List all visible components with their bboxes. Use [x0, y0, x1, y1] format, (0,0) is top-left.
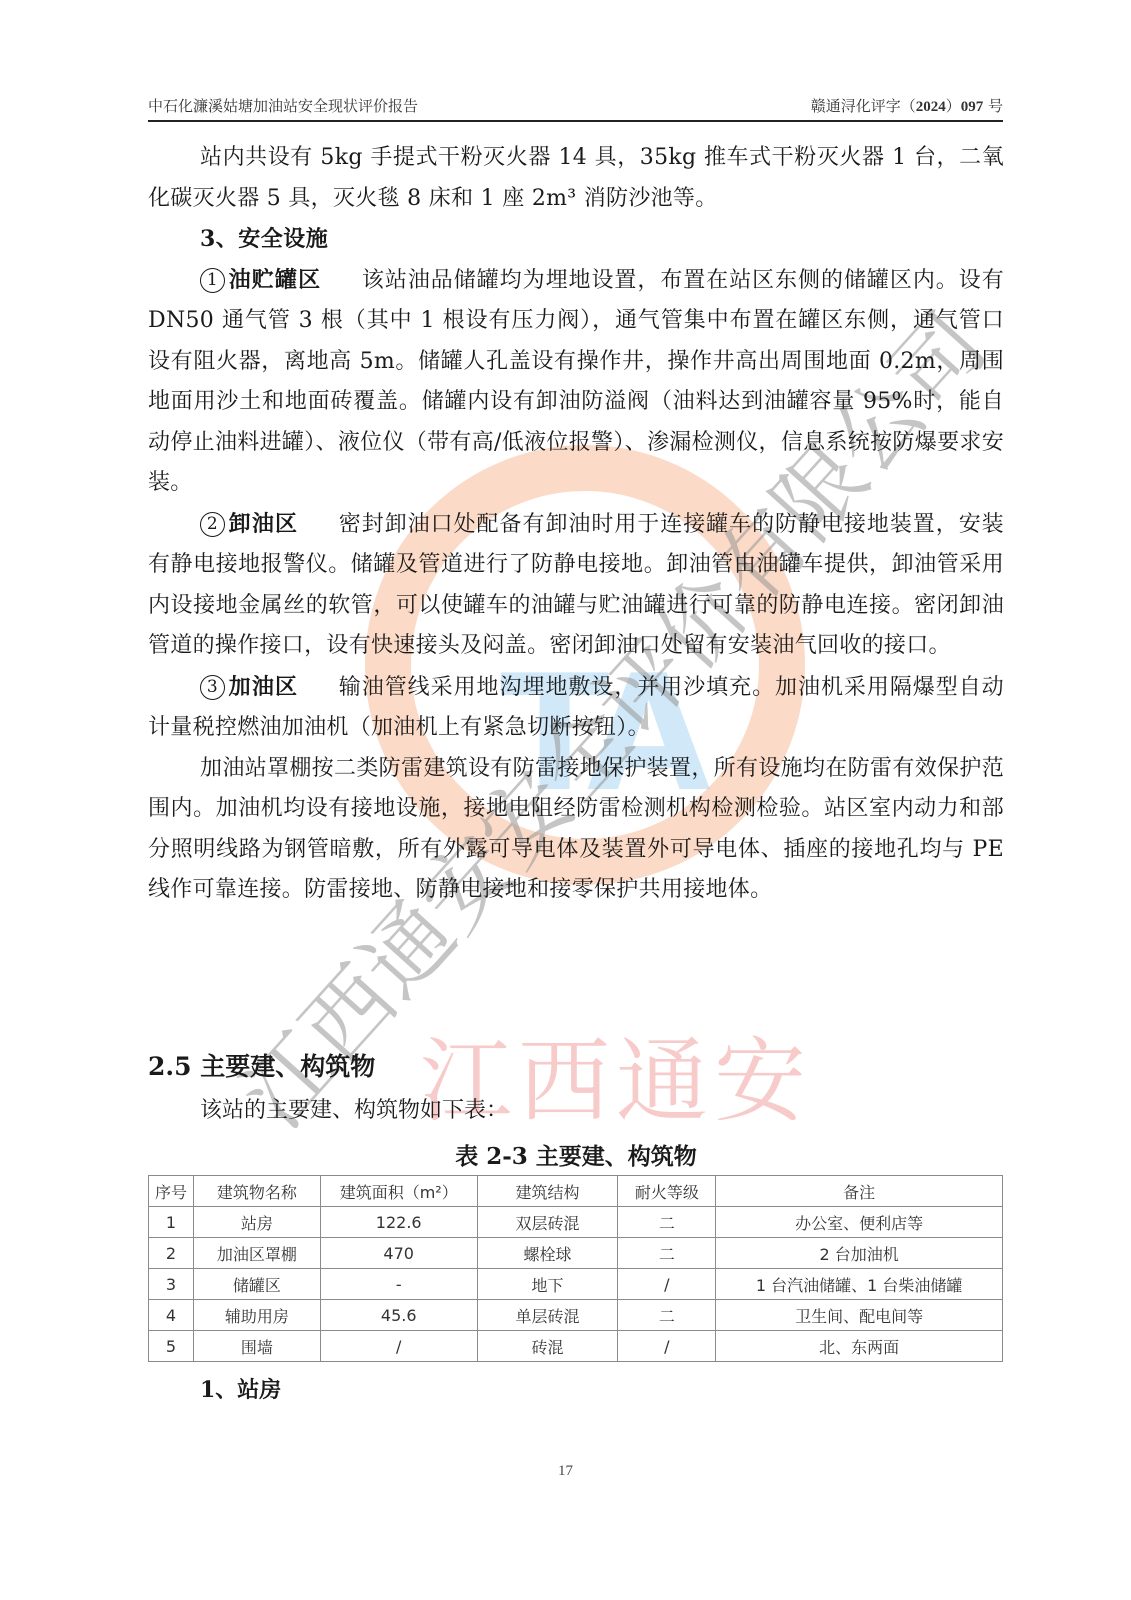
section-title: 2.5 主要建、构筑物 — [148, 1047, 375, 1083]
paragraph-fire-equipment: 站内共设有 5kg 手提式干粉灭火器 14 具，35kg 推车式干粉灭火器 1 … — [148, 138, 1004, 219]
paragraph-lightning-protection: 加油站罩棚按二类防雷建筑设有防雷接地保护装置，所有设施均在防雷有效保护范围内。加… — [148, 749, 1004, 911]
unloading-area-label: 2卸油区 — [200, 511, 298, 537]
document-page: TA 江西通安安全评价有限公司 江西通安 中石化濂溪姑塘加油站安全现状评价报告 … — [0, 0, 1131, 1600]
paragraph-unloading-area: 2卸油区密封卸油口处配备有卸油时用于连接罐车的防静电接地装置，安装有静电接地报警… — [148, 504, 1004, 667]
circled-number-icon: 3 — [200, 675, 225, 700]
table-header-row: 序号 建筑物名称 建筑面积（m²） 建筑结构 耐火等级 备注 — [149, 1176, 1003, 1207]
column-header: 建筑结构 — [477, 1176, 618, 1207]
column-header: 备注 — [716, 1176, 1003, 1207]
column-header: 耐火等级 — [618, 1176, 716, 1207]
circled-number-icon: 1 — [200, 268, 225, 293]
page-header: 中石化濂溪姑塘加油站安全现状评价报告 赣通浔化评字（2024）097 号 — [148, 93, 1003, 122]
column-header: 序号 — [149, 1176, 194, 1207]
page-number: 17 — [0, 1463, 1131, 1480]
subsection-station-building: 1、站房 — [200, 1373, 281, 1404]
report-number: 赣通浔化评字（2024）097 号 — [811, 95, 1003, 116]
paragraph-fueling-area: 3加油区输油管线采用地沟埋地敷设，并用沙填充。加油机采用隔爆型自动计量税控燃油加… — [148, 667, 1004, 749]
fueling-area-label: 3加油区 — [200, 674, 298, 700]
table-row: 4辅助用房45.6单层砖混二卫生间、配电间等 — [149, 1300, 1003, 1331]
body-text: 站内共设有 5kg 手提式干粉灭火器 14 具，35kg 推车式干粉灭火器 1 … — [148, 138, 1004, 911]
heading-safety-facilities: 3、安全设施 — [148, 219, 1004, 260]
column-header: 建筑面积（m²） — [320, 1176, 477, 1207]
table-intro: 该站的主要建、构筑物如下表： — [200, 1093, 508, 1124]
buildings-table: 序号 建筑物名称 建筑面积（m²） 建筑结构 耐火等级 备注 1站房122.6双… — [148, 1175, 1003, 1362]
page-content: 中石化濂溪姑塘加油站安全现状评价报告 赣通浔化评字（2024）097 号 站内共… — [0, 0, 1131, 1600]
table-row: 1站房122.6双层砖混二办公室、便利店等 — [149, 1207, 1003, 1238]
circled-number-icon: 2 — [200, 512, 225, 537]
table-row: 5围墙/砖混/北、东两面 — [149, 1331, 1003, 1362]
tank-area-label: 1油贮罐区 — [200, 267, 321, 293]
report-title: 中石化濂溪姑塘加油站安全现状评价报告 — [148, 95, 418, 116]
table-row: 2加油区罩棚470螺栓球二2 台加油机 — [149, 1238, 1003, 1269]
paragraph-tank-area: 1油贮罐区该站油品储罐均为埋地设置，布置在站区东侧的储罐区内。设有 DN50 通… — [148, 260, 1004, 504]
column-header: 建筑物名称 — [193, 1176, 320, 1207]
table-row: 3储罐区-地下/1 台汽油储罐、1 台柴油储罐 — [149, 1269, 1003, 1300]
table-caption: 表 2-3 主要建、构筑物 — [148, 1138, 1004, 1171]
